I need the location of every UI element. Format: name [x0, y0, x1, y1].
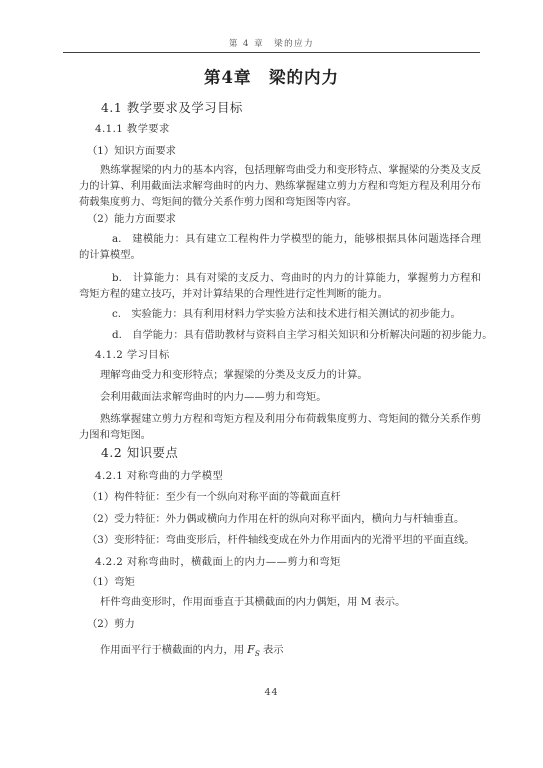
- paragraph-goal-1: 理解弯曲受力和变形特点；掌握梁的分类及支反力的计算。: [79, 368, 481, 384]
- paragraph-goal-2: 会利用截面法求解弯曲时的内力——剪力和弯矩。: [79, 390, 481, 406]
- lettered-item-b: b. 计算能力：具有对梁的支反力、弯曲时的内力的计算能力，掌握剪力方程和弯矩方程…: [79, 271, 481, 303]
- subsection-heading-4-1-2: 4.1.2 学习目标: [79, 348, 497, 364]
- formula-text-pre: 作用面平行于横截面的内力，用: [100, 644, 244, 656]
- list-item-feature-3: （3）变形特征：弯曲变形后，杆件轴线变成在外力作用面内的光滑平坦的平面直线。: [79, 533, 489, 549]
- chapter-title: 第4章 梁的内力: [0, 64, 543, 88]
- list-item-ability: （2）能力方面要求: [79, 212, 489, 228]
- lettered-item-c: c. 实验能力：具有利用材料力学实验方法和技术进行相关测试的初步能力。: [79, 307, 481, 323]
- header-rule: [63, 52, 480, 53]
- paragraph-goal-3: 熟练掌握建立剪力方程和弯矩方程及利用分布荷载集度剪力、弯矩间的微分关系作剪力图和…: [79, 412, 481, 444]
- lettered-item-d: d. 自学能力：具有借助教材与资料自主学习相关知识和分析解决问题的初步能力。: [79, 328, 481, 344]
- section-heading-4-1: 4.1 教学要求及学习目标: [79, 100, 503, 117]
- subsection-heading-4-2-1: 4.2.1 对称弯曲的力学模型: [79, 469, 497, 485]
- page-number: 44: [0, 687, 543, 698]
- section-heading-4-2: 4.2 知识要点: [79, 445, 503, 462]
- subsection-heading-4-1-1: 4.1.1 教学要求: [79, 122, 497, 138]
- formula-line: 作用面平行于横截面的内力，用FS表示: [79, 642, 502, 662]
- subsection-heading-4-2-2: 4.2.2 对称弯曲时，横截面上的内力——剪力和弯矩: [79, 555, 497, 571]
- formula-text-post: 表示: [263, 644, 284, 656]
- list-item-feature-2: （2）受力特征：外力偶或横向力作用在杆的纵向对称平面内，横向力与杆轴垂直。: [79, 512, 489, 528]
- document-page: 第 4 章 梁的应力 第4章 梁的内力 4.1 教学要求及学习目标 4.1.1 …: [0, 0, 543, 768]
- list-item-shear: （2）剪力: [79, 617, 489, 633]
- force-symbol: F: [247, 643, 255, 656]
- list-item-feature-1: （1）构件特征：至少有一个纵向对称平面的等截面直杆: [79, 490, 489, 506]
- paragraph-knowledge: 熟练掌握梁的内力的基本内容，包括理解弯曲受力和变形特点、掌握梁的分类及支反力的计…: [79, 163, 481, 210]
- lettered-item-a: a. 建模能力：具有建立工程构件力学模型的能力，能够根据具体问题选择合理的计算模…: [79, 232, 481, 264]
- list-item-knowledge: （1）知识方面要求: [79, 144, 489, 160]
- list-item-moment: （1）弯矩: [79, 575, 489, 591]
- force-subscript: S: [255, 649, 260, 658]
- paragraph-moment: 杆件弯曲变形时，作用面垂直于其横截面的内力偶矩，用 M 表示。: [79, 595, 481, 611]
- running-header: 第 4 章 梁的应力: [0, 37, 543, 49]
